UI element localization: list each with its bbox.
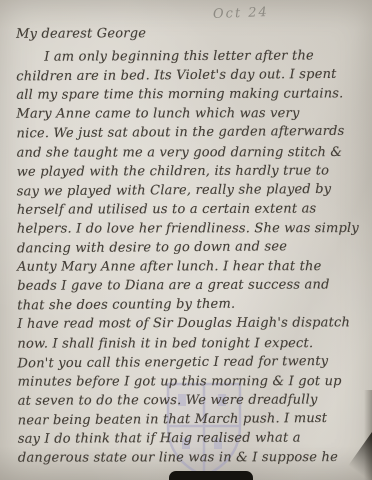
letter-line: near being beaten in that March push. I … bbox=[18, 408, 370, 430]
letter-line: that she does counting by them. bbox=[17, 294, 369, 316]
letter-line: I have read most of Sir Douglas Haigh's … bbox=[17, 314, 369, 335]
letter-line: Don't you call this energetic I read for… bbox=[17, 351, 369, 373]
letter-line: minutes before I got up this morning & I… bbox=[18, 372, 370, 392]
letter-line: helpers. I do love her friendliness. She… bbox=[17, 219, 369, 239]
letter-line: at seven to do the cows. We were dreadfu… bbox=[18, 390, 370, 411]
letter-line: nice. We just sat about in the garden af… bbox=[16, 122, 368, 144]
letter-line: we played with the children, its hardly … bbox=[17, 161, 369, 182]
letter-line: and she taught me a very good darning st… bbox=[17, 143, 369, 163]
letter-line: Aunty Mary Anne after lunch. I hear that… bbox=[17, 257, 369, 277]
letter-body: My dearest George I am only beginning th… bbox=[16, 23, 370, 468]
letter-line: say I do think that if Haig realised wha… bbox=[18, 428, 370, 449]
letter-line: beads I gave to Diana are a great succes… bbox=[17, 275, 369, 296]
salutation: My dearest George bbox=[16, 23, 368, 44]
letter-line: I am only beginning this letter after th… bbox=[16, 46, 368, 67]
date-annotation: Oct 24 bbox=[213, 5, 269, 22]
letter-line: children are in bed. Its Violet's day ou… bbox=[16, 65, 368, 87]
letter-line: all my spare time this morning making cu… bbox=[16, 85, 368, 106]
letter-line: say we played with Clare, really she pla… bbox=[17, 179, 369, 201]
paper-edge-gap bbox=[169, 471, 253, 480]
letter-line: now. I shall finish it in bed tonight I … bbox=[17, 333, 369, 353]
letter-line: dangerous state our line was in & I supp… bbox=[18, 448, 370, 468]
letter-line: herself and utilised us to a certain ext… bbox=[17, 199, 369, 220]
letter-scan: Oct 24 My dearest George I am only begin… bbox=[0, 0, 372, 480]
letter-line: dancing with desire to go down and see bbox=[17, 237, 369, 259]
